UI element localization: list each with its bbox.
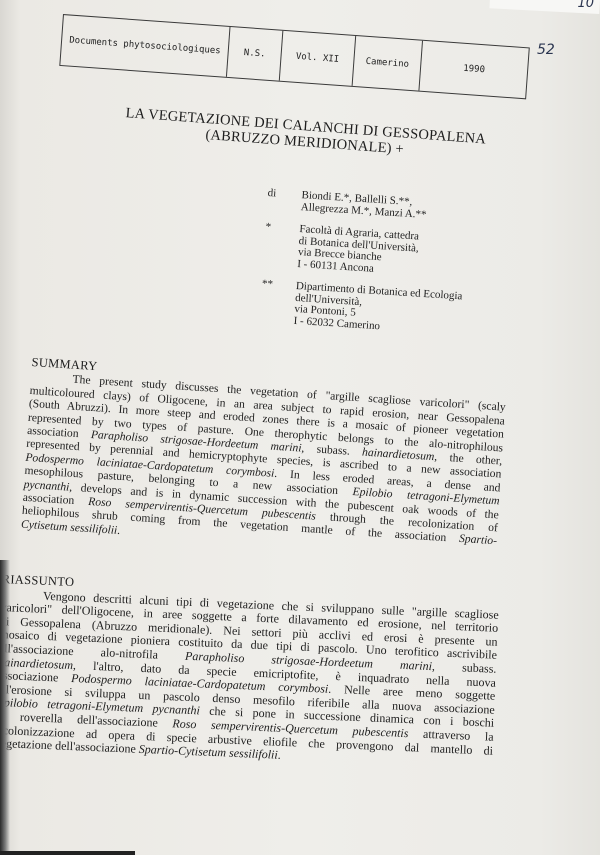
article-title: LA VEGETAZIONE DEI CALANCHI DI GESSOPALE… (95, 103, 516, 166)
journal-year: 1990 (419, 41, 528, 98)
riassunto-text: Vengono descritti alcuni tipi di vegetaz… (0, 588, 499, 772)
summary-section: SUMMARY The present study discusses the … (21, 356, 507, 562)
affiliation-mark: * (263, 222, 300, 270)
author-names: di Biondi E.*, Ballelli S.**, Allegrezza… (267, 188, 528, 227)
page-bottom-edge (0, 851, 135, 855)
species-name: Spartio- (459, 532, 498, 547)
riassunto-section: RIASSUNTO Vengono descritti alcuni tipi … (0, 573, 500, 771)
affiliation-camerino: ** Dipartimento di Botanica ed Ecologia … (259, 279, 521, 341)
handwritten-corner-mark: 10 (577, 0, 594, 11)
summary-text: The present study discusses the vegetati… (21, 370, 506, 561)
by-label: di (267, 188, 302, 213)
book-binding-shadow (0, 560, 10, 855)
journal-series: N.S. (227, 27, 283, 81)
journal-header-table: Documents phytosociologiques N.S. Vol. X… (59, 14, 530, 99)
affiliation-mark: ** (259, 279, 296, 327)
journal-city: Camerino (353, 36, 423, 91)
scanned-page: 10 52 Documents phytosociologiques N.S. … (0, 0, 600, 855)
journal-name: Documents phytosociologiques (60, 15, 230, 77)
affiliation-ancona: * Facoltà di Agraria, cattedra di Botani… (263, 222, 525, 284)
author-block: di Biondi E.*, Ballelli S.**, Allegrezza… (259, 188, 528, 352)
handwritten-page-number: 52 (537, 42, 555, 58)
journal-volume: Vol. XII (280, 31, 356, 86)
